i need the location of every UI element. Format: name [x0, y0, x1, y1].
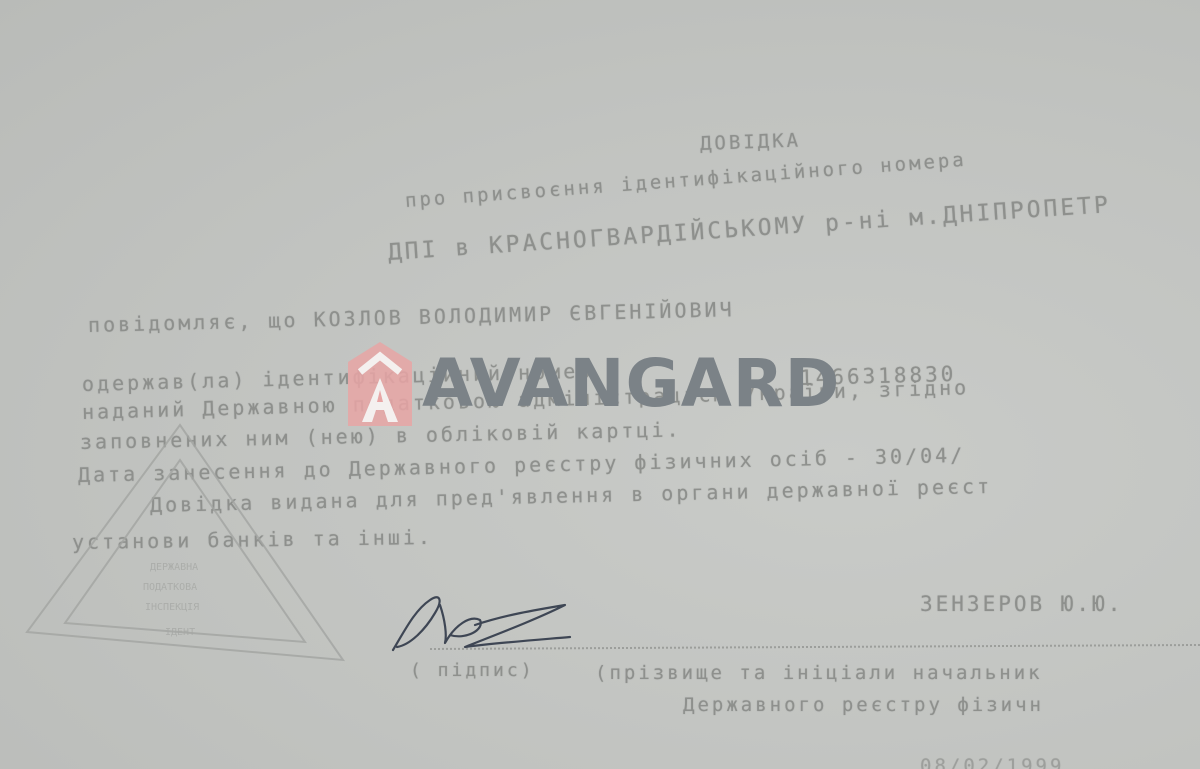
avangard-shield-a-icon [348, 342, 412, 426]
avangard-watermark: AVANGARD [348, 342, 840, 426]
triangle-stamp-icon: ДЕРЖАВНА ПОДАТКОВА ІНСПЕКЦІЯ ІДЕНТ [25, 420, 365, 674]
name-caption: (прізвище та ініціали начальник [595, 662, 1043, 684]
stamp-text-1: ДЕРЖАВНА [150, 562, 198, 573]
registry-caption: Державного реєстру фізичн [683, 694, 1044, 716]
bottom-date: 08/02/1999 [920, 755, 1064, 769]
official-name: ЗЕНЗЕРОВ Ю.Ю. [920, 592, 1123, 616]
stamp-text-4: ІДЕНТ [165, 627, 195, 638]
document-photo: ДОВІДКА про присвоєння ідентифікаційного… [0, 0, 1200, 769]
avangard-brand-text: AVANGARD [422, 351, 840, 417]
signature-caption: ( підпис) [410, 660, 535, 681]
document-subtitle-purpose: про присвоєння ідентифікаційного номера [404, 149, 967, 212]
stamp-text-2: ПОДАТКОВА [143, 582, 197, 593]
handwritten-signature [385, 585, 585, 659]
document-title: ДОВІДКА [700, 129, 802, 155]
notify-line: повідомляє, що КОЗЛОВ ВОЛОДИМИР ЄВГЕНІЙО… [88, 297, 735, 337]
stamp-text-3: ІНСПЕКЦІЯ [145, 602, 199, 613]
